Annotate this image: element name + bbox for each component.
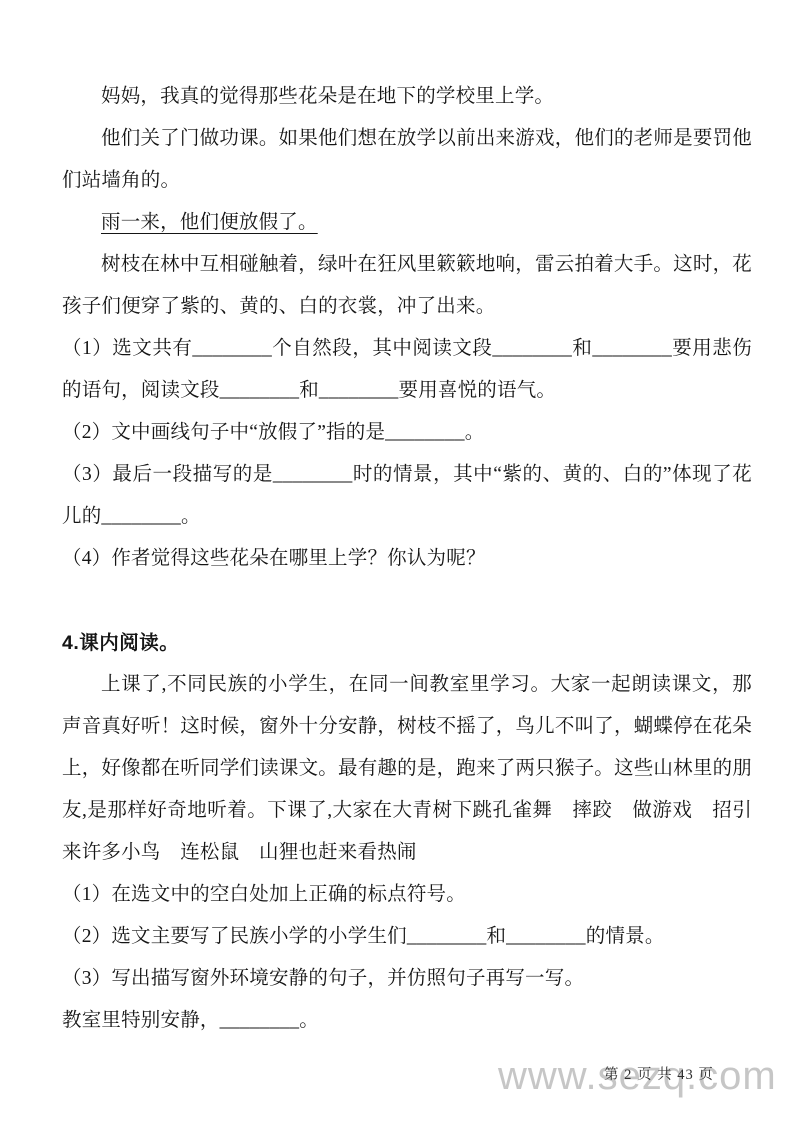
document-content: 妈妈，我真的觉得那些花朵是在地下的学校里上学。 他们关了门做功课。如果他们想在放… (62, 76, 752, 1042)
passage-paragraph: 他们关了门做功课。如果他们想在放学以前出来游戏，他们的老师是要罚他们站墙角的。 (62, 118, 752, 202)
question-item-2: （2）选文主要写了民族小学的小学生们________和________的情景。 (62, 916, 752, 958)
answer-line: 教室里特别安静，________。 (62, 1000, 752, 1042)
passage-paragraph: 上课了,不同民族的小学生，在同一间教室里学习。大家一起朗读课文，那声音真好听！这… (62, 664, 752, 874)
question-item-3: （3）最后一段描写的是________时的情景，其中“紫的、黄的、白的”体现了花… (62, 454, 752, 538)
question-item-3: （3）写出描写窗外环境安静的句子，并仿照句子再写一写。 (62, 958, 752, 1000)
section-spacer (62, 580, 752, 622)
section-heading: 4.课内阅读。 (62, 622, 752, 664)
question-item-1: （1）在选文中的空白处加上正确的标点符号。 (62, 874, 752, 916)
question-item-1: （1）选文共有________个自然段，其中阅读文段________和_____… (62, 328, 752, 412)
underlined-sentence-text: 雨一来，他们便放假了。 (101, 212, 318, 233)
document-page: 妈妈，我真的觉得那些花朵是在地下的学校里上学。 他们关了门做功课。如果他们想在放… (0, 0, 800, 1131)
underlined-sentence: 雨一来，他们便放假了。 (62, 202, 752, 244)
page-number: 第 2 页 共 43 页 (604, 1064, 714, 1086)
question-item-4: （4）作者觉得这些花朵在哪里上学？你认为呢？ (62, 538, 752, 580)
passage-paragraph: 妈妈，我真的觉得那些花朵是在地下的学校里上学。 (62, 76, 752, 118)
question-item-2: （2）文中画线句子中“放假了”指的是________。 (62, 412, 752, 454)
passage-paragraph: 树枝在林中互相碰触着，绿叶在狂风里簌簌地响，雷云拍着大手。这时，花孩子们便穿了紫… (62, 244, 752, 328)
